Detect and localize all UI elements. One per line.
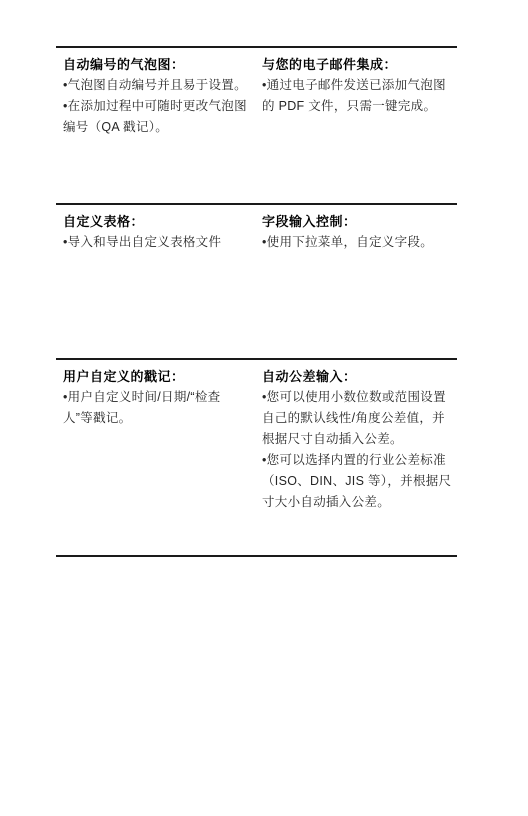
feature-heading: 自动公差输入： [262,366,457,387]
feature-cell-email-integration: 与您的电子邮件集成： •通过电子邮件发送已添加气泡图的 PDF 文件，只需一键完… [262,54,457,117]
feature-cell-field-input-control: 字段输入控制： •使用下拉菜单，自定义字段。 [262,211,457,253]
feature-bullet: •使用下拉菜单，自定义字段。 [262,232,457,253]
feature-bullet: •导入和导出自定义表格文件 [63,232,250,253]
feature-bullet: •气泡图自动编号并且易于设置。 [63,75,250,96]
feature-heading: 与您的电子邮件集成： [262,54,457,75]
feature-table: 自动编号的气泡图： •气泡图自动编号并且易于设置。 •在添加过程中可随时更改气泡… [56,46,457,557]
feature-bullet: •用户自定义时间/日期/“检查人”等戳记。 [63,387,250,429]
feature-row-stamps-tolerance: 用户自定义的戳记： •用户自定义时间/日期/“检查人”等戳记。 自动公差输入： … [56,358,457,555]
feature-bullet: •您可以选择内置的行业公差标准（ISO、DIN、JIS 等），并根据尺寸大小自动… [262,450,457,513]
feature-bullet: •通过电子邮件发送已添加气泡图的 PDF 文件，只需一键完成。 [262,75,457,117]
feature-heading: 字段输入控制： [262,211,457,232]
feature-bullet: •您可以使用小数位数或范围设置自己的默认线性/角度公差值，并根据尺寸自动插入公差… [262,387,457,450]
document-page: 自动编号的气泡图： •气泡图自动编号并且易于设置。 •在添加过程中可随时更改气泡… [0,0,528,816]
feature-cell-custom-stamps: 用户自定义的戳记： •用户自定义时间/日期/“检查人”等戳记。 [56,366,262,429]
feature-cell-auto-tolerance-input: 自动公差输入： •您可以使用小数位数或范围设置自己的默认线性/角度公差值，并根据… [262,366,457,513]
feature-heading: 自定义表格： [63,211,250,232]
feature-bullet: •在添加过程中可随时更改气泡图编号（QA 戳记）。 [63,96,250,138]
feature-row-bubble-email: 自动编号的气泡图： •气泡图自动编号并且易于设置。 •在添加过程中可随时更改气泡… [56,46,457,203]
bottom-rule [56,555,457,557]
feature-heading: 用户自定义的戳记： [63,366,250,387]
feature-cell-custom-tables: 自定义表格： •导入和导出自定义表格文件 [56,211,262,253]
feature-heading: 自动编号的气泡图： [63,54,250,75]
feature-cell-auto-numbered-balloons: 自动编号的气泡图： •气泡图自动编号并且易于设置。 •在添加过程中可随时更改气泡… [56,54,262,138]
feature-row-tables-fields: 自定义表格： •导入和导出自定义表格文件 字段输入控制： •使用下拉菜单，自定义… [56,203,457,358]
